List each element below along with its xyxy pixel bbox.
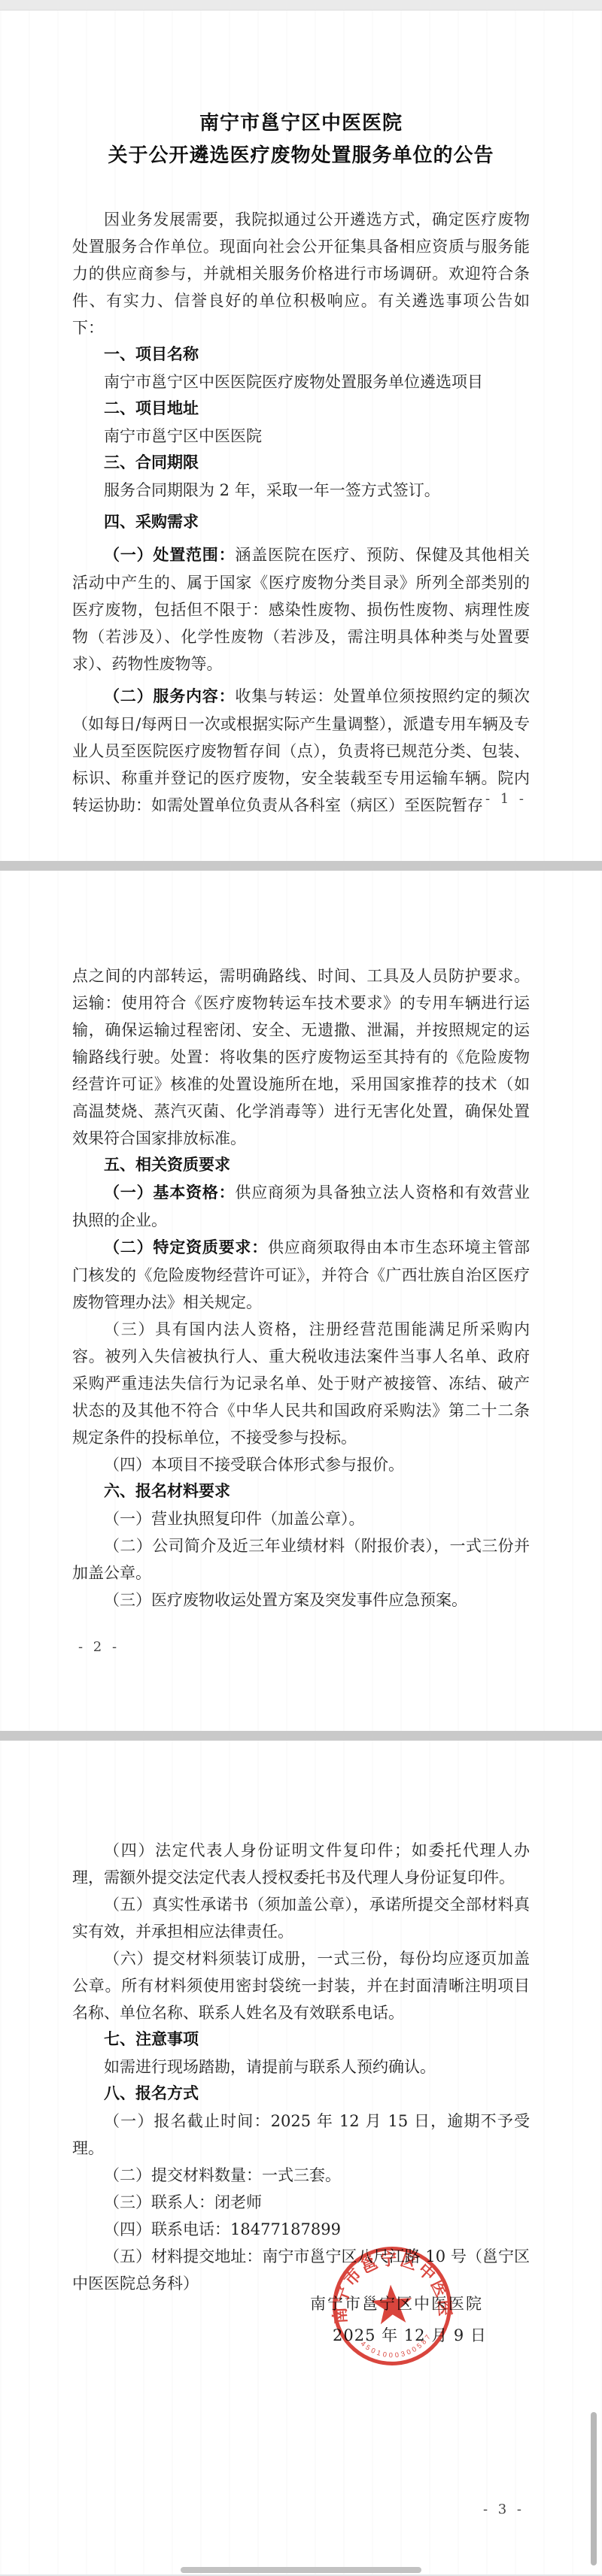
material-business-license: （一）营业执照复印件（加盖公章）。 (72, 1505, 530, 1532)
seal-code: 4501000300587 (359, 2331, 435, 2362)
registration-deadline: （一）报名截止时间：2025 年 12 月 15 日，逾期不予受理。 (72, 2108, 530, 2162)
page-number-2: - 2 - (78, 1639, 120, 1655)
service-content-label: （二）服务内容： (104, 688, 235, 705)
viewer-top-margin (0, 0, 602, 11)
material-legal-rep-id: （四）法定代表人身份证明文件复印件；如委托代理人办理，需额外提交法定代表人授权委… (72, 1837, 530, 1891)
para-disposal-scope: （一）处置范围：涵盖医院在医疗、预防、保健及其他相关活动中产生的、属于国家《医疗… (72, 541, 530, 677)
para-specific-qualification: （二）特定资质要求：供应商须取得由本市生态环境主管部门核发的《危险废物经营许可证… (72, 1234, 530, 1316)
page-separator (0, 861, 602, 871)
service-content-text: 收集与转运：处置单位须按照约定的频次（如每日/每两日一次或根据实际产生量调整），… (72, 687, 530, 814)
material-authenticity-letter: （五）真实性承诺书（须加盖公章），承诺所提交全部材料真实有效，并承担相应法律责任… (72, 1891, 530, 1945)
basic-qualification-label: （一）基本资格： (104, 1184, 235, 1202)
material-quantity: （二）提交材料数量：一式三套。 (72, 2162, 530, 2189)
specific-qualification-label: （二）特定资质要求： (104, 1239, 268, 1256)
contact-person: （三）联系人：闭老师 (72, 2189, 530, 2216)
heading-project-address: 二、项目地址 (72, 395, 530, 423)
disposal-scope-text: 涵盖医院在医疗、预防、保健及其他相关活动中产生的、属于国家《医疗废物分类目录》所… (72, 546, 530, 673)
para-basic-qualification: （一）基本资格：供应商须为具备独立法人资格和有效营业执照的企业。 (72, 1179, 530, 1234)
contact-phone: （四）联系电话：18477187899 (72, 2216, 530, 2243)
para-no-consortium: （四）本项目不接受联合体形式参与报价。 (72, 1451, 530, 1478)
para-service-content: （二）服务内容：收集与转运：处置单位须按照约定的频次（如每日/每两日一次或根据实… (72, 683, 530, 819)
note-site-survey: 如需进行现场踏勘，请提前与联系人预约确认。 (72, 2053, 530, 2080)
page-number-3: - 3 - (483, 2502, 524, 2517)
heading-application-materials: 六、报名材料要求 (72, 1478, 530, 1505)
document-page-3: （四）法定代表人身份证明文件复印件；如委托代理人办理，需额外提交法定代表人授权委… (0, 1741, 602, 2576)
document-page-1: 南宁市邕宁区中医医院 关于公开遴选医疗废物处置服务单位的公告 因业务发展需要，我… (0, 11, 602, 861)
project-name: 南宁市邕宁区中医医院医疗废物处置服务单位遴选项目 (72, 368, 530, 395)
page1-body: 因业务发展需要，我院拟通过公开遴选方式，确定医疗废物处置服务合作单位。现面向社会… (72, 206, 530, 819)
material-company-profile: （二）公司简介及近三年业绩材料（附报价表），一式三份并加盖公章。 (72, 1532, 530, 1587)
heading-procurement-demand: 四、采购需求 (72, 509, 530, 536)
svg-text:4501000300587: 4501000300587 (359, 2331, 435, 2362)
para-legal-person-requirement: （三）具有国内法人资格，注册经营范围能满足所采购内容。被列入失信被执行人、重大税… (72, 1316, 530, 1451)
para-service-continuation: 点之间的内部转运，需明确路线、时间、工具及人员防护要求。运输：使用符合《医疗废物… (72, 962, 530, 1152)
project-address: 南宁市邕宁区中医医院 (72, 423, 530, 450)
heading-contract-term: 三、合同期限 (72, 450, 530, 477)
heading-notes: 七、注意事项 (72, 2026, 530, 2053)
title-line-2: 关于公开遴选医疗废物处置服务单位的公告 (72, 139, 530, 171)
seal-star-icon (370, 2284, 414, 2325)
page3-body: （四）法定代表人身份证明文件复印件；如委托代理人办理，需额外提交法定代表人授权委… (72, 1741, 530, 2297)
heading-registration-method: 八、报名方式 (72, 2080, 530, 2108)
document-title: 南宁市邕宁区中医医院 关于公开遴选医疗废物处置服务单位的公告 (72, 11, 530, 171)
page-number-1: - 1 - (485, 791, 527, 807)
document-page-2: 点之间的内部转运，需明确路线、时间、工具及人员防护要求。运输：使用符合《医疗废物… (0, 871, 602, 1731)
heading-project-name: 一、项目名称 (72, 341, 530, 368)
contract-term: 服务合同期限为 2 年，采取一年一签方式签订。 (72, 477, 530, 504)
submission-address: （五）材料提交地址：南宁市邕宁区八尺江路 10 号（邕宁区中医医院总务科） (72, 2243, 530, 2297)
heading-qualification: 五、相关资质要求 (72, 1152, 530, 1179)
disposal-scope-label: （一）处置范围： (104, 547, 235, 564)
title-line-1: 南宁市邕宁区中医医院 (72, 107, 530, 139)
page-separator (0, 1731, 602, 1741)
horizontal-scrollbar-thumb[interactable] (181, 2567, 421, 2573)
material-binding-requirement: （六）提交材料须装订成册，一式三份，每份均应逐页加盖公章。所有材料须使用密封袋统… (72, 1945, 530, 2026)
page2-body: 点之间的内部转运，需明确路线、时间、工具及人员防护要求。运输：使用符合《医疗废物… (72, 871, 530, 1614)
official-seal: 南宁市邕宁区中医医院 4501000300587 (324, 2238, 459, 2373)
vertical-scrollbar-thumb[interactable] (591, 2412, 597, 2565)
material-disposal-plan: （三）医疗废物收运处置方案及突发事件应急预案。 (72, 1587, 530, 1614)
document-viewer: 南宁市邕宁区中医医院 关于公开遴选医疗废物处置服务单位的公告 因业务发展需要，我… (0, 0, 602, 2576)
intro-paragraph: 因业务发展需要，我院拟通过公开遴选方式，确定医疗废物处置服务合作单位。现面向社会… (72, 206, 530, 341)
